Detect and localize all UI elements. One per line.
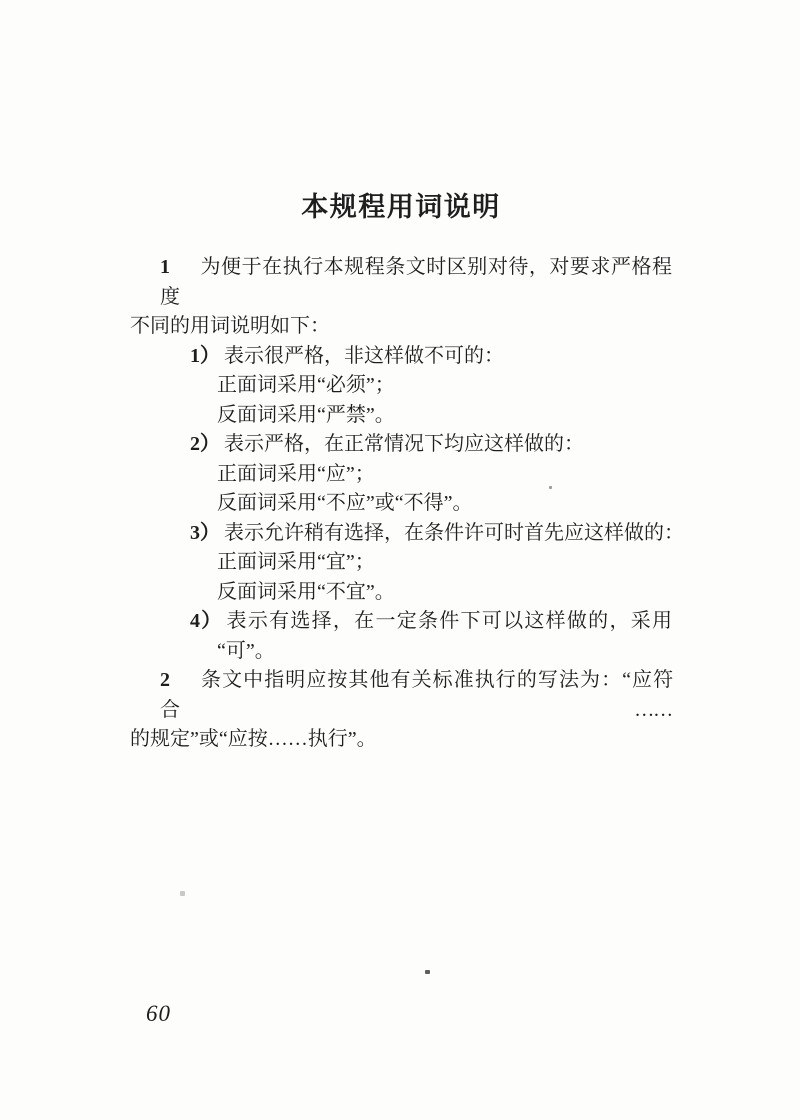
list-item-4: 4）表示有选择，在一定条件下可以这样做的，采用 [130, 607, 672, 637]
document-body: 1为便于在执行本规程条文时区别对待，对要求严格程度 不同的用词说明如下： 1）表… [130, 253, 672, 755]
list-item-3-positive-line: 正面词采用“宜”； [130, 548, 672, 578]
clause-number: 2 [160, 669, 169, 691]
clause-1-continuation-line: 不同的用词说明如下： [130, 312, 672, 342]
list-item-marker: 3） [190, 522, 220, 544]
list-item-text: 反面词采用“不应”或“不得”。 [217, 492, 473, 514]
clause-number: 1 [160, 256, 170, 278]
list-item-text: “可”。 [217, 640, 275, 662]
clause-1-first-line: 1为便于在执行本规程条文时区别对待，对要求严格程度 [130, 253, 672, 312]
list-item-marker: 2） [190, 433, 220, 455]
list-item-text: 表示允许稍有选择，在条件许可时首先应这样做的： [224, 522, 684, 544]
scan-speck [549, 486, 552, 489]
list-item-text: 表示严格，在正常情况下均应这样做的： [224, 433, 584, 455]
scan-speck [425, 970, 430, 974]
list-item-3: 3）表示允许稍有选择，在条件许可时首先应这样做的： [130, 519, 672, 549]
list-item-text: 正面词采用“必须”； [217, 374, 395, 396]
list-item-2: 2）表示严格，在正常情况下均应这样做的： [130, 430, 672, 460]
list-item-marker: 1） [190, 345, 220, 367]
list-item-1-positive-line: 正面词采用“必须”； [130, 371, 672, 401]
clause-text: 条文中指明应按其他有关标准执行的写法为：“应符合…… [160, 669, 672, 721]
scan-speck [180, 891, 185, 896]
list-item-text: 反面词采用“严禁”。 [217, 404, 395, 426]
list-item-4-continuation-line: “可”。 [130, 637, 672, 667]
list-item-3-negative-line: 反面词采用“不宜”。 [130, 578, 672, 608]
list-item-text: 正面词采用“宜”； [217, 551, 375, 573]
list-item-marker: 4） [190, 610, 223, 632]
list-item-2-positive-line: 正面词采用“应”； [130, 460, 672, 490]
list-item-text: 正面词采用“应”； [217, 463, 375, 485]
list-item-text: 表示很严格，非这样做不可的： [224, 345, 504, 367]
scanned-document-page: 本规程用词说明 1为便于在执行本规程条文时区别对待，对要求严格程度 不同的用词说… [0, 0, 800, 1120]
clause-2-first-line: 2条文中指明应按其他有关标准执行的写法为：“应符合…… [130, 666, 672, 725]
page-title: 本规程用词说明 [130, 192, 672, 222]
clause-text: 的规定”或“应按……执行”。 [130, 728, 377, 750]
list-item-1-negative-line: 反面词采用“严禁”。 [130, 401, 672, 431]
clause-text: 为便于在执行本规程条文时区别对待，对要求严格程度 [160, 256, 672, 308]
clause-2-continuation-line: 的规定”或“应按……执行”。 [130, 725, 672, 755]
page-number: 60 [146, 1001, 171, 1027]
clause-text: 不同的用词说明如下： [130, 315, 330, 337]
list-item-text: 反面词采用“不宜”。 [217, 581, 395, 603]
list-item-text: 表示有选择，在一定条件下可以这样做的，采用 [227, 610, 672, 632]
list-item-1: 1）表示很严格，非这样做不可的： [130, 342, 672, 372]
list-item-2-negative-line: 反面词采用“不应”或“不得”。 [130, 489, 672, 519]
